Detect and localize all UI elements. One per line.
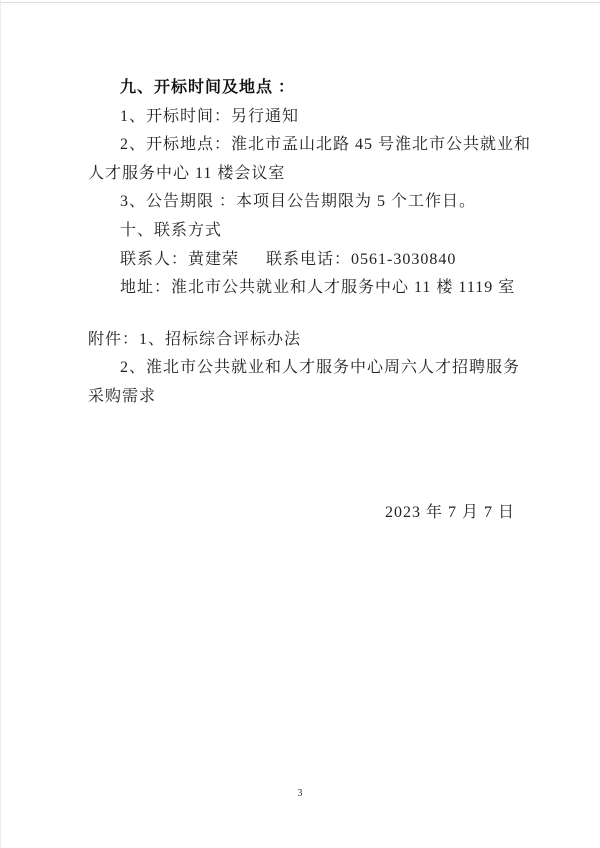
bid-opening-time-line: 1、开标时间：另行通知 (88, 103, 515, 132)
attachment-line-2: 2、淮北市公共就业和人才服务中心周六人才招聘服务 (88, 354, 515, 383)
attachments-block: 附件：1、招标综合评标办法 2、淮北市公共就业和人才服务中心周六人才招聘服务 采… (88, 326, 515, 412)
section-heading-contact: 十、联系方式 (88, 217, 515, 246)
contact-person: 联系人：黄建荣 (120, 251, 239, 268)
contact-phone: 联系电话：0561-3030840 (266, 251, 456, 268)
document-page: 九、开标时间及地点 ： 1、开标时间：另行通知 2、开标地点：淮北市孟山北路 4… (0, 0, 600, 848)
document-date: 2023 年 7 月 7 日 (88, 499, 515, 528)
scan-edge-left-line (0, 0, 1, 848)
announcement-period-line: 3、公告期限 ：本项目公告期限为 5 个工作日。 (88, 188, 515, 217)
bid-opening-location-line-2: 人才服务中心 11 楼会议室 (88, 160, 515, 189)
document-content: 九、开标时间及地点 ： 1、开标时间：另行通知 2、开标地点：淮北市孟山北路 4… (88, 74, 515, 527)
contact-line: 联系人：黄建荣 联系电话：0561-3030840 (88, 246, 515, 275)
scan-edge-top-line (0, 2, 600, 3)
contact-address-line: 地址：淮北市公共就业和人才服务中心 11 楼 1119 室 (88, 274, 515, 303)
section-heading-bid-opening: 九、开标时间及地点 ： (88, 74, 515, 103)
attachment-line-1: 附件：1、招标综合评标办法 (88, 326, 515, 355)
page-number: 3 (0, 788, 600, 800)
bid-opening-location-line-1: 2、开标地点：淮北市孟山北路 45 号淮北市公共就业和 (88, 131, 515, 160)
attachment-line-3: 采购需求 (88, 383, 515, 412)
